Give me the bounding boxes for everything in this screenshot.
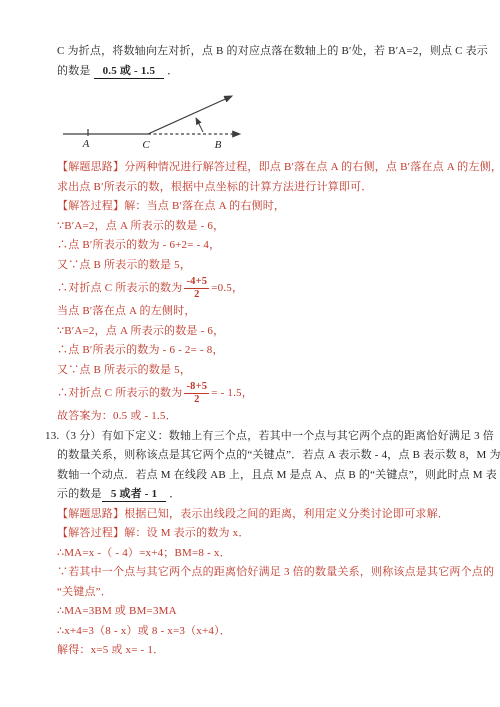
text-segment: ． bbox=[166, 488, 180, 500]
text-segment: 【解题思路】根据已知，表示出线段之间的距离，利用定义分类讨论即可求解． bbox=[57, 508, 449, 520]
text-segment: ∴MA=x -（ - 4）=x+4；BM=8 - x． bbox=[57, 547, 231, 559]
text-segment: = - 1.5， bbox=[211, 387, 253, 399]
text-segment: 求出点 B′所表示的数，根据中点坐标的计算方法进行计算即可． bbox=[57, 181, 373, 193]
text-line: 的数是 0.5 或 - 1.5 ． bbox=[57, 62, 500, 82]
text-line: 当点 B′落在点 A 的左侧时， bbox=[57, 302, 500, 322]
text-line: 13.（3 分）有如下定义：数轴上有三个点，若其中一个点与其它两个点的距离恰好满… bbox=[45, 427, 500, 447]
text-segment: 故答案为：0.5 或 - 1.5． bbox=[57, 410, 177, 422]
fraction-denominator: 2 bbox=[192, 394, 201, 406]
fraction: -4+52 bbox=[184, 276, 209, 301]
point-a-label: A bbox=[82, 138, 90, 150]
text-segment: =0.5， bbox=[211, 282, 243, 294]
text-segment: ． bbox=[164, 65, 178, 77]
text-line: ∴点 B′所表示的数为 - 6 - 2= - 8， bbox=[57, 341, 500, 361]
text-segment: 的数量关系，则称该点是其它两个点的“关键点”．若点 A 表示数 - 4，点 B … bbox=[57, 449, 500, 461]
text-line: ∴MA=x -（ - 4）=x+4；BM=8 - x． bbox=[57, 544, 500, 564]
text-line: 【解题思路】分两种情况进行解答过程，即点 B′落在点 A 的右侧，点 B′落在点… bbox=[57, 158, 500, 178]
text-segment: 的数是 bbox=[57, 65, 94, 77]
text-segment: 13.（3 分）有如下定义：数轴上有三个点，若其中一个点与其它两个点的距离恰好满… bbox=[45, 430, 494, 442]
text-line: “关键点”． bbox=[57, 583, 500, 603]
answer-blank: 0.5 或 - 1.5 bbox=[94, 65, 165, 79]
text-line: ∵B′A=2，点 A 所表示的数是 - 6， bbox=[57, 322, 500, 342]
text-segment: ∵B′A=2，点 A 所表示的数是 - 6， bbox=[57, 220, 224, 232]
point-c-label: C bbox=[142, 139, 150, 151]
fold-direction-arrow-icon bbox=[196, 118, 203, 132]
folded-ray bbox=[148, 96, 232, 134]
fold-diagram-container: A C B bbox=[62, 87, 500, 153]
text-segment: ∵B′A=2，点 A 所表示的数是 - 6， bbox=[57, 325, 224, 337]
text-segment: 示的数是 bbox=[57, 488, 102, 500]
text-segment: ∴x+4=3（8 - x）或 8 - x=3（x+4）． bbox=[57, 625, 231, 637]
text-line: 示的数是5 或者 - 1 ． bbox=[57, 485, 500, 505]
fraction-denominator: 2 bbox=[192, 289, 201, 301]
text-segment: ∴点 B′所表示的数为 - 6 - 2= - 8， bbox=[57, 344, 224, 356]
text-segment: 【解题思路】分两种情况进行解答过程，即点 B′落在点 A 的右侧，点 B′落在点… bbox=[57, 161, 500, 173]
text-line: ∴对折点 C 所表示的数为-4+52=0.5， bbox=[57, 275, 500, 302]
text-segment: ∴MA=3BM 或 BM=3MA bbox=[57, 605, 177, 617]
text-line: ∴点 B′所表示的数为 - 6+2= - 4， bbox=[57, 236, 500, 256]
text-line: ∴x+4=3（8 - x）或 8 - x=3（x+4）． bbox=[57, 622, 500, 642]
text-line: ∵B′A=2，点 A 所表示的数是 - 6， bbox=[57, 217, 500, 237]
text-segment: 又∵点 B 所表示的数是 5， bbox=[57, 259, 191, 271]
text-segment: ∴对折点 C 所表示的数为 bbox=[57, 387, 182, 399]
text-segment: 【解答过程】解：当点 B′落在点 A 的右侧时， bbox=[57, 200, 285, 212]
text-line: 【解答过程】解：设 M 表示的数为 x． bbox=[57, 524, 500, 544]
document-page: C 为折点，将数轴向左对折，点 B 的对应点落在数轴上的 B′处，若 B′A=2… bbox=[0, 0, 500, 707]
fraction-numerator: -8+5 bbox=[184, 381, 209, 394]
fraction-numerator: -4+5 bbox=[184, 276, 209, 289]
text-line: 故答案为：0.5 或 - 1.5． bbox=[57, 407, 500, 427]
text-segment: ∴对折点 C 所表示的数为 bbox=[57, 282, 182, 294]
text-segment: C 为折点，将数轴向左对折，点 B 的对应点落在数轴上的 B′处，若 B′A=2… bbox=[57, 45, 488, 57]
text-line: 数轴一个动点．若点 M 在线段 AB 上，且点 M 是点 A、点 B 的“关键点… bbox=[57, 466, 500, 486]
text-segment: 【解答过程】解：设 M 表示的数为 x． bbox=[57, 527, 250, 539]
text-line: 又∵点 B 所表示的数是 5， bbox=[57, 256, 500, 276]
problem12-continuation-text: C 为折点，将数轴向左对折，点 B 的对应点落在数轴上的 B′处，若 B′A=2… bbox=[0, 42, 500, 81]
text-segment: 又∵点 B 所表示的数是 5， bbox=[57, 364, 191, 376]
text-line: 的数量关系，则称该点是其它两个点的“关键点”．若点 A 表示数 - 4，点 B … bbox=[57, 446, 500, 466]
text-line: ∴对折点 C 所表示的数为-8+52= - 1.5， bbox=[57, 380, 500, 407]
text-line: ∴MA=3BM 或 BM=3MA bbox=[57, 602, 500, 622]
text-line: 【解答过程】解：当点 B′落在点 A 的右侧时， bbox=[57, 197, 500, 217]
text-line: C 为折点，将数轴向左对折，点 B 的对应点落在数轴上的 B′处，若 B′A=2… bbox=[57, 42, 500, 62]
answer-blank: 5 或者 - 1 bbox=[102, 488, 167, 502]
point-b-label: B bbox=[215, 139, 222, 151]
text-segment: 解得：x=5 或 x= - 1． bbox=[57, 644, 164, 656]
solution12-text: 【解题思路】分两种情况进行解答过程，即点 B′落在点 A 的右侧，点 B′落在点… bbox=[0, 158, 500, 427]
text-segment: 当点 B′落在点 A 的左侧时， bbox=[57, 305, 196, 317]
text-segment: ∵若其中一个点与其它两个点的距离恰好满足 3 倍的数量关系，则称该点是其它两个点… bbox=[57, 566, 494, 578]
text-segment: ∴点 B′所表示的数为 - 6+2= - 4， bbox=[57, 239, 220, 251]
problem13-text: 13.（3 分）有如下定义：数轴上有三个点，若其中一个点与其它两个点的距离恰好满… bbox=[0, 427, 500, 505]
text-line: 又∵点 B 所表示的数是 5， bbox=[57, 361, 500, 381]
text-line: ∵若其中一个点与其它两个点的距离恰好满足 3 倍的数量关系，则称该点是其它两个点… bbox=[57, 563, 500, 583]
text-segment: “关键点”． bbox=[57, 586, 112, 598]
text-line: 求出点 B′所表示的数，根据中点坐标的计算方法进行计算即可． bbox=[57, 178, 500, 198]
text-segment: 数轴一个动点．若点 M 在线段 AB 上，且点 M 是点 A、点 B 的“关键点… bbox=[57, 469, 497, 481]
numberline-fold-diagram: A C B bbox=[62, 87, 282, 153]
text-line: 解得：x=5 或 x= - 1． bbox=[57, 641, 500, 661]
text-line: 【解题思路】根据已知，表示出线段之间的距离，利用定义分类讨论即可求解． bbox=[57, 505, 500, 525]
solution13-text: 【解题思路】根据已知，表示出线段之间的距离，利用定义分类讨论即可求解．【解答过程… bbox=[0, 505, 500, 661]
fraction: -8+52 bbox=[184, 381, 209, 406]
